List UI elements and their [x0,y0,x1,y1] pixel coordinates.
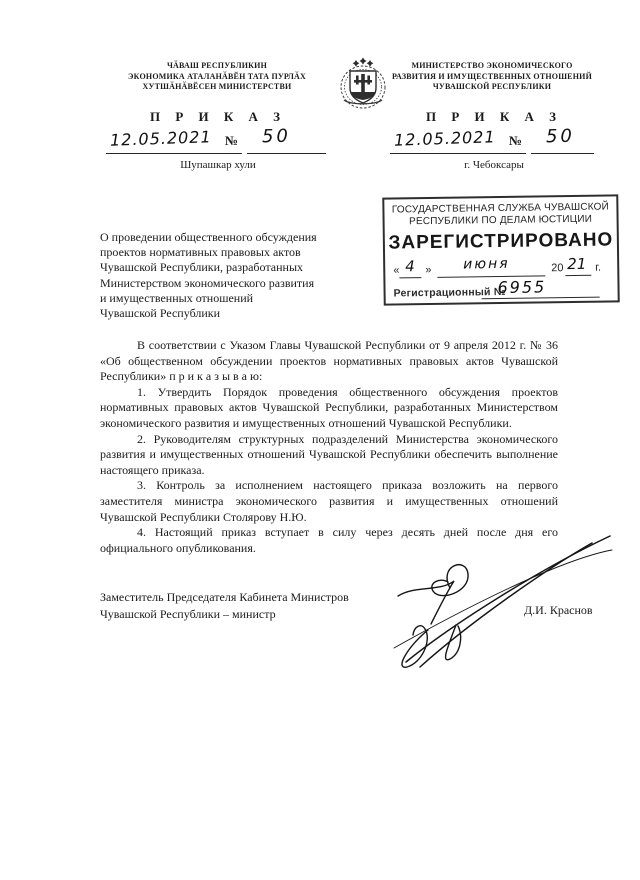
subject-line: проектов нормативных правовых актов [100,245,402,260]
org-line: РАЗВИТИЯ И ИМУЩЕСТВЕННЫХ ОТНОШЕНИЙ [384,72,600,83]
handwritten-year: 21 [567,255,586,273]
underline [531,153,594,154]
quote-close: » [425,264,431,276]
place-label: Шупашкар хули [104,159,332,171]
underline [390,153,526,154]
org-name-chuvash: ЧӐВАШ РЕСПУБЛИКИН ЭКОНОМИКА АТАЛАНӐВӖН Т… [98,61,336,93]
subject-line: Чувашской Республики, разработанных [100,260,402,275]
underline [106,153,242,154]
stamp-registration-row: Регистрационный № 6955 [385,279,617,302]
body-paragraph: 1. Утвердить Порядок проведения обществе… [100,385,558,432]
body-paragraph: 2. Руководителям структурных подразделен… [100,432,558,479]
org-line: ЧӐВАШ РЕСПУБЛИКИН [98,61,336,72]
handwritten-order-number: 50 [546,126,575,148]
org-line: МИНИСТЕРСТВО ЭКОНОМИЧЕСКОГО [384,61,600,72]
handwritten-registration-number: 6955 [497,277,546,297]
stamp-org-line: РЕСПУБЛИКИ ПО ДЕЛАМ ЮСТИЦИИ [385,213,617,228]
year-suffix-g: г. [595,262,601,274]
body-paragraph: 3. Контроль за исполнением настоящего пр… [100,478,558,525]
year-prefix: 20 [551,262,563,274]
order-subject: О проведении общественного обсуждения пр… [100,230,402,321]
signatory-position-line: Чувашской Республики – министр [100,606,349,623]
handwritten-date: 12.05.2021 [394,127,496,150]
order-block-right: П Р И К А З 12.05.2021 № 50 г. Чебоксары [388,109,600,171]
subject-line: О проведении общественного обсуждения [100,230,402,245]
org-line: ЭКОНОМИКА АТАЛАНӐВӖН ТАТА ПУРЛӐХ [98,72,336,83]
signatory-position: Заместитель Председателя Кабинета Минист… [100,589,349,622]
org-name-russian: МИНИСТЕРСТВО ЭКОНОМИЧЕСКОГО РАЗВИТИЯ И И… [384,61,600,93]
order-title: П Р И К А З [104,109,332,125]
order-date-row: 12.05.2021 № 50 [104,126,332,158]
scanned-order-document: ЧӐВАШ РЕСПУБЛИКИН ЭКОНОМИКА АТАЛАНӐВӖН Т… [0,0,640,880]
order-body: В соответствии с Указом Главы Чувашской … [100,338,558,556]
subject-line: Чувашской Республики [100,306,402,321]
place-label: г. Чебоксары [388,159,600,171]
body-paragraph: В соответствии с Указом Главы Чувашской … [100,338,558,385]
handwritten-month: июня [463,256,510,273]
order-block-left: П Р И К А З 12.05.2021 № 50 Шупашкар хул… [104,109,332,171]
handwritten-date: 12.05.2021 [110,127,212,150]
org-line: ХУТШӐНӐВӖСЕН МИНИСТЕРСТВИ [98,82,336,93]
underline [399,277,421,278]
order-title: П Р И К А З [388,109,600,125]
underline [482,297,600,300]
justice-registration-stamp: ГОСУДАРСТВЕННАЯ СЛУЖБА ЧУВАШСКОЙ РЕСПУБЛ… [382,194,619,305]
handwritten-order-number: 50 [262,126,291,148]
coat-of-arms-icon [336,56,390,112]
number-sign: № [225,133,238,149]
stamp-registered-label: ЗАРЕГИСТРИРОВАНО [385,229,617,254]
underline [247,153,326,154]
handwritten-day: 4 [405,257,415,275]
number-sign: № [509,133,522,149]
org-line: ЧУВАШСКОЙ РЕСПУБЛИКИ [384,82,600,93]
signatory-position-line: Заместитель Председателя Кабинета Минист… [100,589,349,606]
signatory-name: Д.И. Краснов [524,603,593,618]
subject-line: и имущественных отношений [100,291,402,306]
handwritten-signature [386,530,614,672]
subject-line: Министерством экономического развития [100,276,402,291]
underline [565,275,591,276]
order-date-row: 12.05.2021 № 50 [388,126,600,158]
